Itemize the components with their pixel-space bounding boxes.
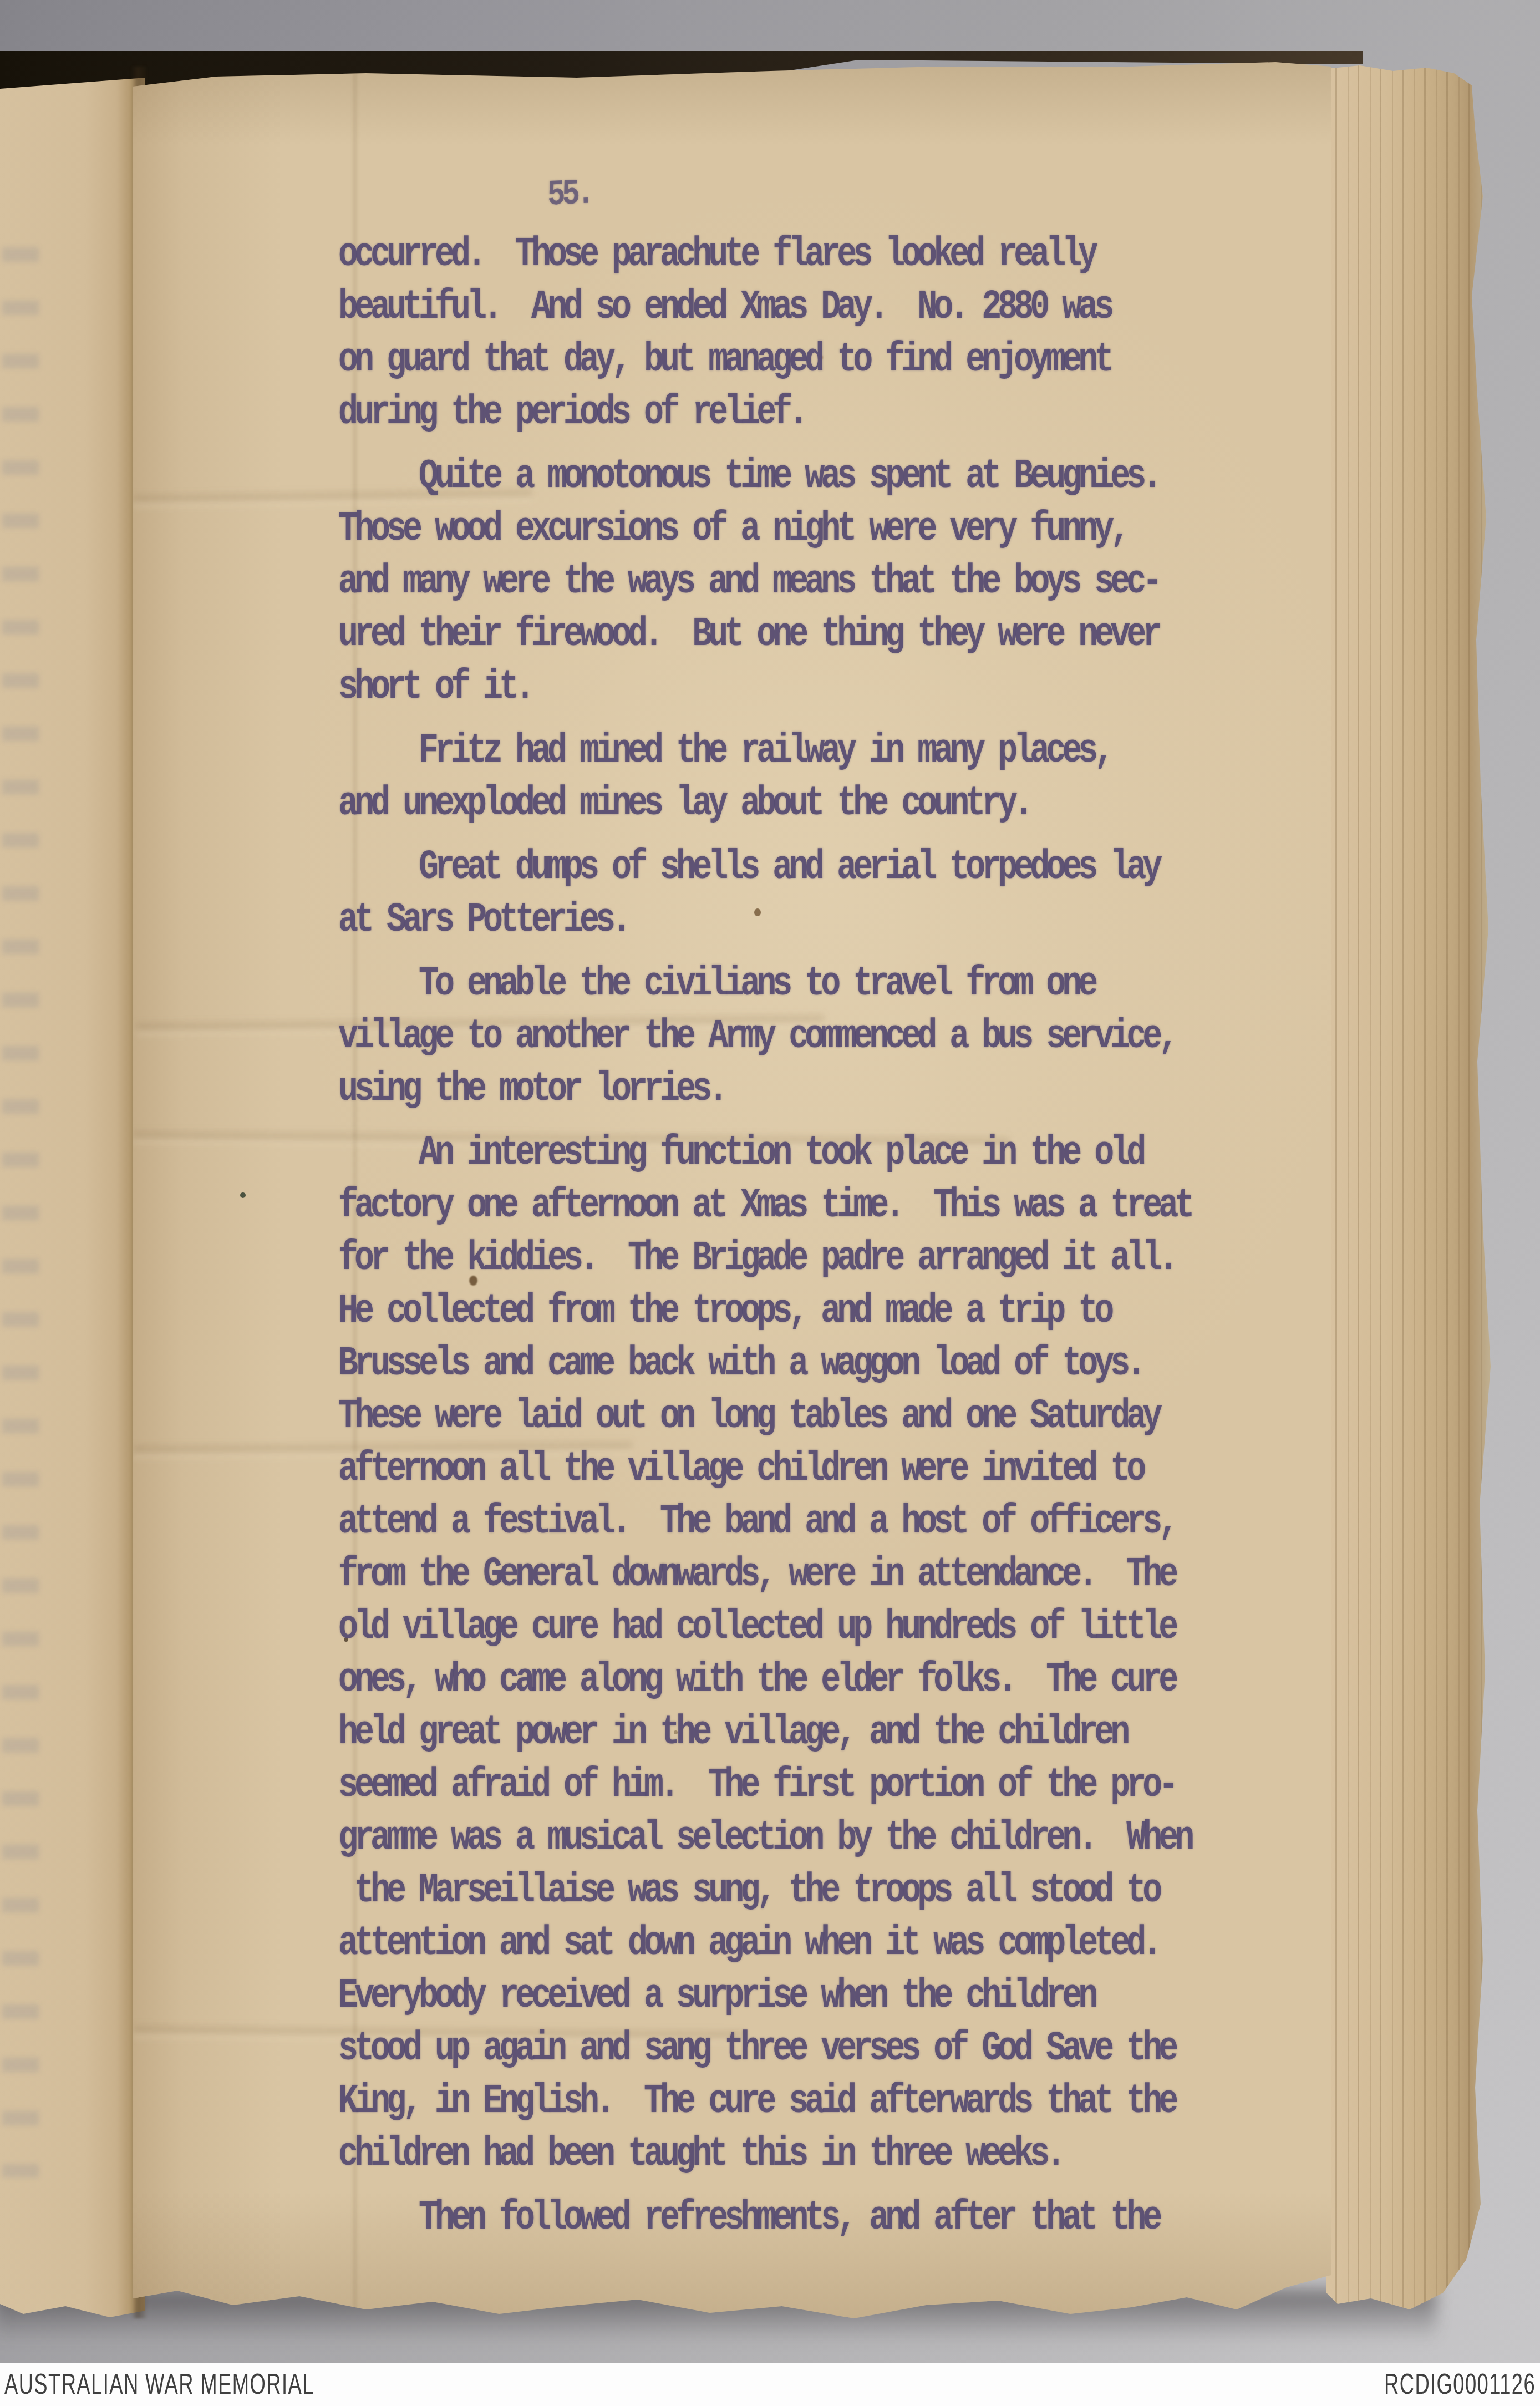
- paragraph: occurred. Those parachute flares looked …: [338, 229, 1191, 439]
- typed-line: using the motor lorries.: [338, 1063, 1191, 1116]
- typed-line: seemed afraid of him. The first portion …: [338, 1759, 1191, 1812]
- typed-text: occurred. Those parachute flares looked …: [338, 229, 1191, 2256]
- typed-line: ones, who came along with the elder folk…: [338, 1654, 1191, 1707]
- typed-line: An interesting function took place in th…: [338, 1127, 1191, 1180]
- paragraph: An interesting function took place in th…: [338, 1127, 1191, 2181]
- typed-line: attend a festival. The band and a host o…: [338, 1496, 1191, 1549]
- typed-line: on guard that day, but managed to find e…: [338, 334, 1191, 387]
- page-stack-edges: [1326, 63, 1494, 2324]
- page-number: 55.: [547, 174, 592, 216]
- paragraph: Great dumps of shells and aerial torpedo…: [338, 841, 1191, 947]
- typed-line: To enable the civilians to travel from o…: [338, 958, 1191, 1011]
- typed-line: children had been taught this in three w…: [338, 2128, 1191, 2181]
- typed-line: Great dumps of shells and aerial torpedo…: [338, 841, 1191, 894]
- scanned-document-page: 55. occurred. Those parachute flares loo…: [0, 0, 1540, 2406]
- typed-line: for the kiddies. The Brigade padre arran…: [338, 1232, 1191, 1285]
- typed-line: and unexploded mines lay about the count…: [338, 778, 1191, 830]
- typed-line: the Marseillaise was sung, the troops al…: [338, 1865, 1191, 1917]
- typed-line: afternoon all the village children were …: [338, 1443, 1191, 1496]
- paragraph: Fritz had mined the railway in many plac…: [338, 725, 1191, 830]
- footer-archive-name: AUSTRALIAN WAR MEMORIAL: [4, 2368, 314, 2401]
- typed-line: Fritz had mined the railway in many plac…: [338, 725, 1191, 778]
- typed-line: factory one afternoon at Xmas time. This…: [338, 1180, 1191, 1232]
- paragraph: To enable the civilians to travel from o…: [338, 958, 1191, 1116]
- typed-line: beautiful. And so ended Xmas Day. No. 28…: [338, 281, 1191, 334]
- typed-line: These were laid out on long tables and o…: [338, 1390, 1191, 1443]
- typed-line: gramme was a musical selection by the ch…: [338, 1812, 1191, 1865]
- typed-line: Then followed refreshments, and after th…: [338, 2192, 1191, 2245]
- typed-line: stood up again and sang three verses of …: [338, 2023, 1191, 2075]
- footer-bar: AUSTRALIAN WAR MEMORIAL RCDIG0001126: [0, 2363, 1540, 2406]
- typed-line: short of it.: [338, 661, 1191, 714]
- typed-line: Those wood excursions of a night were ve…: [338, 503, 1191, 556]
- typed-line: at Sars Potteries.: [338, 894, 1191, 947]
- typed-line: Quite a monotonous time was spent at Beu…: [338, 450, 1191, 503]
- ink-bleed-through: [2, 247, 39, 2177]
- typed-line: from the General downwards, were in atte…: [338, 1549, 1191, 1601]
- typed-line: Everybody received a surprise when the c…: [338, 1970, 1191, 2023]
- typed-line: old village cure had collected up hundre…: [338, 1601, 1191, 1654]
- typed-line: King, in English. The cure said afterwar…: [338, 2075, 1191, 2128]
- paragraph: Quite a monotonous time was spent at Beu…: [338, 450, 1191, 714]
- typed-line: ured their firewood. But one thing they …: [338, 608, 1191, 661]
- typed-line: Brussels and came back with a waggon loa…: [338, 1338, 1191, 1390]
- typed-line: during the periods of relief.: [338, 387, 1191, 439]
- footer-record-id: RCDIG0001126: [1384, 2368, 1536, 2401]
- typed-line: and many were the ways and means that th…: [338, 556, 1191, 608]
- paragraph: Then followed refreshments, and after th…: [338, 2192, 1191, 2245]
- typed-line: occurred. Those parachute flares looked …: [338, 229, 1191, 281]
- typed-line: attention and sat down again when it was…: [338, 1917, 1191, 1970]
- paper-speck: [240, 1192, 246, 1198]
- left-page-sliver: [0, 70, 145, 2324]
- typed-line: held great power in the village, and the…: [338, 1707, 1191, 1759]
- typed-line: He collected from the troops, and made a…: [338, 1285, 1191, 1338]
- typed-line: village to another the Army commenced a …: [338, 1011, 1191, 1063]
